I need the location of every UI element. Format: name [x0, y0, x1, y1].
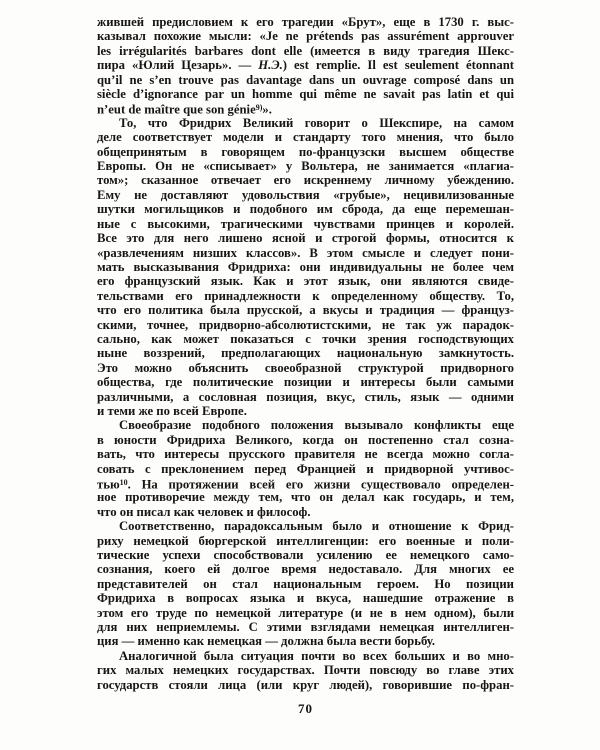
paragraph: Аналогичной была ситуация почти во всех …	[97, 649, 514, 692]
paragraph: Соответственно, парадоксальным было и от…	[97, 519, 514, 649]
text-segment: ное противоречие между тем, что он делал…	[97, 490, 514, 504]
text-segment: мать высказывания Фридриха: они индивиду…	[97, 260, 514, 274]
text-segment: для них неприемлемы. С этими взглядами н…	[97, 620, 514, 634]
page-text: жившей предисловием к его трагедии «Брут…	[97, 15, 514, 692]
text-line: ция — именно как немецкая — должна была …	[97, 634, 514, 648]
text-line: qu’il ne s’en trouve pas davantage dans …	[97, 73, 514, 87]
text-line: скими, точнее, придворно-абсолютистскими…	[97, 318, 514, 332]
text-line: риху немецкой бюргерской интеллигенции: …	[97, 534, 514, 548]
text-segment: Н.Э.	[258, 58, 282, 72]
text-segment: государств стояли лица (или круг людей),…	[97, 678, 514, 692]
text-segment: ныне воззрений, предполагающих националь…	[97, 346, 514, 360]
text-segment: общепринятым в говорящем по-французски в…	[97, 145, 514, 159]
page-number: 70	[97, 701, 514, 717]
text-line: совать с преклонением перед Францией и п…	[97, 462, 514, 476]
text-segment: les irrégularités barbares dont elle (им…	[97, 44, 514, 58]
text-segment: общества, где политические позиции и инт…	[97, 375, 514, 389]
text-line: То, что Фридрих Великий говорит о Шекспи…	[97, 116, 514, 130]
text-line: Соответственно, парадоксальным было и от…	[97, 519, 514, 533]
text-line: общепринятым в говорящем по-французски в…	[97, 145, 514, 159]
paragraph: То, что Фридрих Великий говорит о Шекспи…	[97, 116, 514, 419]
text-segment: То, что Фридрих Великий говорит о Шекспи…	[119, 116, 514, 130]
text-segment: тью	[97, 478, 120, 492]
text-segment: различными, а сословная позиция, вкус, с…	[97, 390, 514, 404]
text-line: Своеобразие подобного положения вызывало…	[97, 418, 514, 432]
text-segment: Европы. Он не «списывает» у Вольтера, не…	[97, 159, 514, 173]
text-line: сознания, коего ей долгое время недостав…	[97, 562, 514, 576]
text-line: жившей предисловием к его трагедии «Брут…	[97, 15, 514, 29]
text-segment: его французский язык. Как и этот язык, о…	[97, 274, 514, 288]
text-segment: деле соответствует модели и стандарту то…	[97, 130, 514, 144]
text-segment: Аналогичной была ситуация почти во всех …	[119, 649, 514, 663]
text-segment: совать с преклонением перед Францией и п…	[97, 462, 514, 476]
text-line: тические успехи способствовали усилению …	[97, 548, 514, 562]
text-segment: ные с высокими, трагическими чувствами п…	[97, 217, 514, 231]
text-line: представителей он стал национальным геро…	[97, 577, 514, 591]
text-segment: и теми же по всей Европе.	[97, 404, 247, 418]
text-line: общества, где политические позиции и инт…	[97, 375, 514, 389]
text-line: тью10. На протяжении всей его жизни суще…	[97, 476, 514, 490]
text-segment: Фридриха в вопросах языка и вкуса, нашед…	[97, 591, 514, 605]
text-segment: ция — именно как немецкая — должна была …	[97, 634, 435, 648]
text-segment: гих малых немецких государствах. Почти п…	[97, 663, 514, 677]
text-segment: qu’il ne s’en trouve pas davantage dans …	[97, 73, 514, 87]
text-segment: сознания, коего ей долгое время недостав…	[97, 562, 514, 576]
text-line: Аналогичной была ситуация почти во всех …	[97, 649, 514, 663]
text-segment: siècle d’ignorance par un homme qui même…	[97, 87, 514, 101]
text-line: государств стояли лица (или круг людей),…	[97, 678, 514, 692]
text-line: для них неприемлемы. С этими взглядами н…	[97, 620, 514, 634]
text-segment: ) est remplie. Il est seulement étonnant	[283, 58, 514, 72]
text-segment: тические успехи способствовали усилению …	[97, 548, 514, 562]
text-line: Это можно объяснить своеобразной структу…	[97, 361, 514, 375]
text-line: Европы. Он не «списывает» у Вольтера, не…	[97, 159, 514, 173]
text-segment: Все это для него лишено ясной и строгой …	[97, 231, 514, 245]
text-line: шутки могильщиков и подобного им сброда,…	[97, 202, 514, 216]
text-segment: шутки могильщиков и подобного им сброда,…	[97, 202, 514, 216]
text-segment: жившей предисловием к его трагедии «Брут…	[97, 15, 514, 29]
text-segment: скими, точнее, придворно-абсолютистскими…	[97, 318, 514, 332]
text-line: его французский язык. Как и этот язык, о…	[97, 274, 514, 288]
text-line: n’eut de maître que son génie9)».	[97, 101, 514, 115]
text-line: Ему не доставляют удовольствия «грубые»,…	[97, 188, 514, 202]
text-line: деле соответствует модели и стандарту то…	[97, 130, 514, 144]
text-segment: риху немецкой бюргерской интеллигенции: …	[97, 534, 514, 548]
text-segment: пира «Юлий Цезарь». —	[97, 58, 258, 72]
text-line: казывал похожие мысли: «Je ne prétends p…	[97, 29, 514, 43]
text-line: этом его труде по немецкой литературе (и…	[97, 606, 514, 620]
text-segment: том»; сказанное отвечает его искреннему …	[97, 173, 514, 187]
text-segment: сально, как может показаться с точки зре…	[97, 332, 514, 346]
text-line: сально, как может показаться с точки зре…	[97, 332, 514, 346]
text-segment: n’eut de maître que son génie	[97, 103, 256, 117]
text-segment: Это можно объяснить своеобразной структу…	[97, 361, 514, 375]
paragraph: Своеобразие подобного положения вызывало…	[97, 418, 514, 519]
text-segment: в юности Фридриха Великого, когда он пос…	[97, 433, 514, 447]
text-segment: представителей он стал национальным геро…	[97, 577, 514, 591]
text-line: что его политика была прусской, а вкусы …	[97, 303, 514, 317]
text-line: что он писал как человек и философ.	[97, 505, 514, 519]
text-line: вать, что интересы прусского правителя н…	[97, 447, 514, 461]
text-line: гих малых немецких государствах. Почти п…	[97, 663, 514, 677]
text-line: ные с высокими, трагическими чувствами п…	[97, 217, 514, 231]
text-segment: вать, что интересы прусского правителя н…	[97, 447, 514, 461]
text-segment: . На протяжении всей его жизни существов…	[128, 478, 514, 492]
text-segment: что его политика была прусской, а вкусы …	[97, 303, 514, 317]
text-line: мать высказывания Фридриха: они индивиду…	[97, 260, 514, 274]
text-segment: казывал похожие мысли: «Je ne prétends p…	[97, 29, 514, 43]
text-line: ное противоречие между тем, что он делал…	[97, 490, 514, 504]
text-segment: «развлечениям низших классов». В этом см…	[97, 246, 514, 260]
text-line: Фридриха в вопросах языка и вкуса, нашед…	[97, 591, 514, 605]
text-line: пира «Юлий Цезарь». — Н.Э.) est remplie.…	[97, 58, 514, 72]
text-line: тельствами его принадлежности к определе…	[97, 289, 514, 303]
footnote-marker: 10	[120, 478, 128, 487]
text-segment: ».	[262, 103, 272, 117]
text-line: les irrégularités barbares dont elle (им…	[97, 44, 514, 58]
text-segment: Ему не доставляют удовольствия «грубые»,…	[97, 188, 514, 202]
text-line: Все это для него лишено ясной и строгой …	[97, 231, 514, 245]
text-segment: Своеобразие подобного положения вызывало…	[119, 418, 514, 432]
text-line: «развлечениям низших классов». В этом см…	[97, 246, 514, 260]
text-line: и теми же по всей Европе.	[97, 404, 514, 418]
text-segment: тельствами его принадлежности к определе…	[97, 289, 514, 303]
paragraph: жившей предисловием к его трагедии «Брут…	[97, 15, 514, 116]
book-page: жившей предисловием к его трагедии «Брут…	[0, 0, 600, 750]
text-line: ныне воззрений, предполагающих националь…	[97, 346, 514, 360]
text-line: siècle d’ignorance par un homme qui même…	[97, 87, 514, 101]
text-line: том»; сказанное отвечает его искреннему …	[97, 173, 514, 187]
text-segment: этом его труде по немецкой литературе (и…	[97, 606, 514, 620]
text-line: различными, а сословная позиция, вкус, с…	[97, 390, 514, 404]
text-segment: Соответственно, парадоксальным было и от…	[119, 519, 514, 533]
text-line: в юности Фридриха Великого, когда он пос…	[97, 433, 514, 447]
text-segment: что он писал как человек и философ.	[97, 505, 311, 519]
